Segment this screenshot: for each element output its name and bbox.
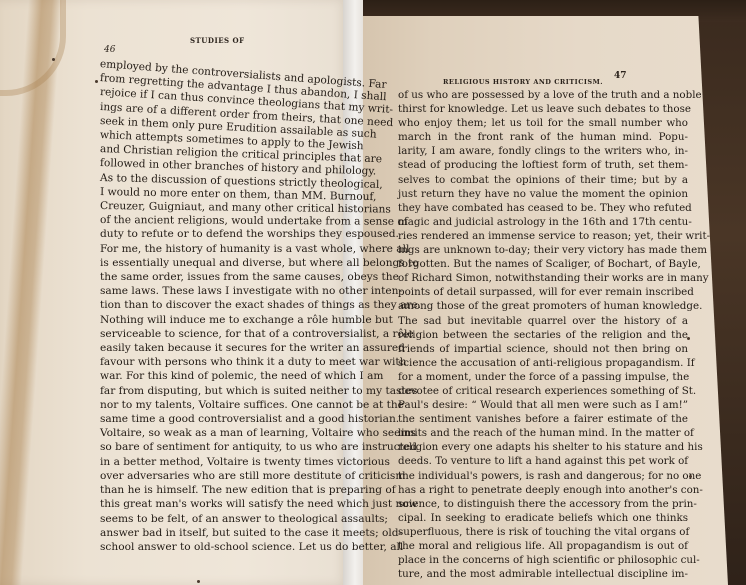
- right-page-text-line: has a right to penetrate deeply enough i…: [398, 483, 688, 497]
- right-page-text-line: deeds. To venture to lift a hand against…: [398, 454, 688, 468]
- left-page-text-line: same laws. These laws I investigate with…: [100, 284, 340, 298]
- left-page-text-line: than he is himself. The new edition that…: [100, 483, 340, 497]
- left-page-text-line: of the ancient religions, would undertak…: [100, 213, 340, 229]
- left-page-text-line: same time a good controversialist and a …: [100, 412, 340, 426]
- paper-speck: [687, 337, 690, 340]
- right-page-text-line: The sad but inevitable quarrel over the …: [398, 314, 688, 328]
- right-page-text-line: limits and the reach of the human mind. …: [398, 426, 688, 440]
- right-page-text-line: science, to distinguish there the access…: [398, 497, 688, 511]
- right-page-text-line: cipal. In seeking to eradicate beliefs w…: [398, 511, 688, 525]
- left-page-text-line: serviceable to science, for that of a co…: [100, 327, 340, 341]
- left-running-head: STUDIES OF: [190, 36, 245, 45]
- right-page-text-line: the sentiment vanishes before a fairer e…: [398, 412, 688, 426]
- right-page-text-line: place in the concerns of high scientific…: [398, 553, 688, 567]
- right-page-text-line: who enjoy them; let us toil for the smal…: [398, 116, 688, 130]
- left-page-body-text: employed by the controversialists and ap…: [100, 57, 340, 554]
- left-page-text-line: Nothing will induce me to exchange a rôl…: [100, 313, 340, 327]
- left-page-text-line: is essentially unequal and diverse, but …: [100, 256, 340, 270]
- right-page-text-line: march in the front rank of the human min…: [398, 130, 688, 144]
- right-page-text-line: ture, and the most admirable intellectua…: [398, 567, 688, 581]
- right-page-text-line: ries rendered an immense service to reas…: [398, 229, 688, 243]
- right-page-text-line: devotee of critical research experiences…: [398, 384, 688, 398]
- left-page-text-line: in a better method, Voltaire is twenty t…: [100, 455, 340, 469]
- right-page-text-line: among those of the great promoters of hu…: [398, 299, 688, 313]
- paper-speck: [52, 58, 55, 61]
- right-page-text-line: science the accusation of anti-religious…: [398, 356, 688, 370]
- right-page-text-line: selves to combat the opinions of their t…: [398, 173, 688, 187]
- right-page-text-line: friends of impartial science, should not…: [398, 342, 688, 356]
- left-page-text-line: Voltaire, so weak as a man of learning, …: [100, 426, 340, 440]
- right-page-text-line: larity, I am aware, fondly clings to the…: [398, 144, 688, 158]
- paper-speck: [689, 475, 692, 478]
- left-page-text-line: the same order, issues from the same cau…: [100, 270, 340, 284]
- right-running-head: RELIGIOUS HISTORY AND CRITICISM.: [443, 78, 603, 86]
- right-page-text-line: the individual's powers, is rash and dan…: [398, 469, 688, 483]
- right-page-text-line: thirst for knowledge. Let us leave such …: [398, 102, 688, 116]
- left-page-text-line: war. For this kind of polemic, the need …: [100, 369, 340, 383]
- left-page-text-line: For me, the history of humanity is a vas…: [100, 242, 340, 256]
- right-page-text-line: the moral and religious life. All propag…: [398, 539, 688, 553]
- paper-speck: [197, 580, 200, 583]
- left-page-text-line: this great man's works will satisfy the …: [100, 497, 340, 511]
- right-page-text-line: of Richard Simon, notwithstanding their …: [398, 271, 688, 285]
- right-page-text-line: forgotten. But the names of Scaliger, of…: [398, 257, 688, 271]
- left-page-text-line: easily taken because it secures for the …: [100, 341, 340, 355]
- right-page-text-line: for a moment, under the force of a passi…: [398, 370, 688, 384]
- left-page-text-line: over adversaries who are still more dest…: [100, 469, 340, 483]
- left-page-text-line: far from disputing, but which is suited …: [100, 384, 340, 398]
- right-page-text-line: magic and judicial astrology in the 16th…: [398, 215, 688, 229]
- left-page-number: 46: [104, 45, 115, 55]
- right-page-text-line: religion between the sectaries of the re…: [398, 328, 688, 342]
- right-page-body-text: of us who are possessed by a love of the…: [398, 88, 688, 581]
- left-page-text-line: tion than to discover the exact shades o…: [100, 298, 340, 312]
- left-page-text-line: seems to be felt, of an answer to theolo…: [100, 512, 340, 526]
- left-page-text-line: answer bad in itself, but suited to the …: [100, 526, 340, 540]
- right-page-text-line: they have combated has ceased to be. The…: [398, 201, 688, 215]
- left-page-text-line: so bare of sentiment for antiquity, to u…: [100, 440, 340, 454]
- right-page-number: 47: [614, 71, 627, 81]
- right-page-text-line: stead of producing the loftiest form of …: [398, 158, 688, 172]
- right-page-text-line: ings are unknown to-day; their very vict…: [398, 243, 688, 257]
- left-page-text-line: school answer to old-school science. Let…: [100, 540, 340, 554]
- left-page-text-line: favour with persons who think it a duty …: [100, 355, 340, 369]
- left-page-text-line: duty to refute or to defend the worships…: [100, 227, 340, 241]
- left-page-text-line: nor to my talents, Voltaire suffices. On…: [100, 398, 340, 412]
- right-page-text-line: of us who are possessed by a love of the…: [398, 88, 688, 102]
- right-page-text-line: religion every one adapts his shelter to…: [398, 440, 688, 454]
- right-page-text-line: just return they have no value the momen…: [398, 187, 688, 201]
- right-page-text-line: Paul's desire: “ Would that all men were…: [398, 398, 688, 412]
- paper-speck: [95, 80, 98, 83]
- right-page-text-line: points of detail surpassed, will for eve…: [398, 285, 688, 299]
- right-page-text-line: superfluous, there is risk of touching t…: [398, 525, 688, 539]
